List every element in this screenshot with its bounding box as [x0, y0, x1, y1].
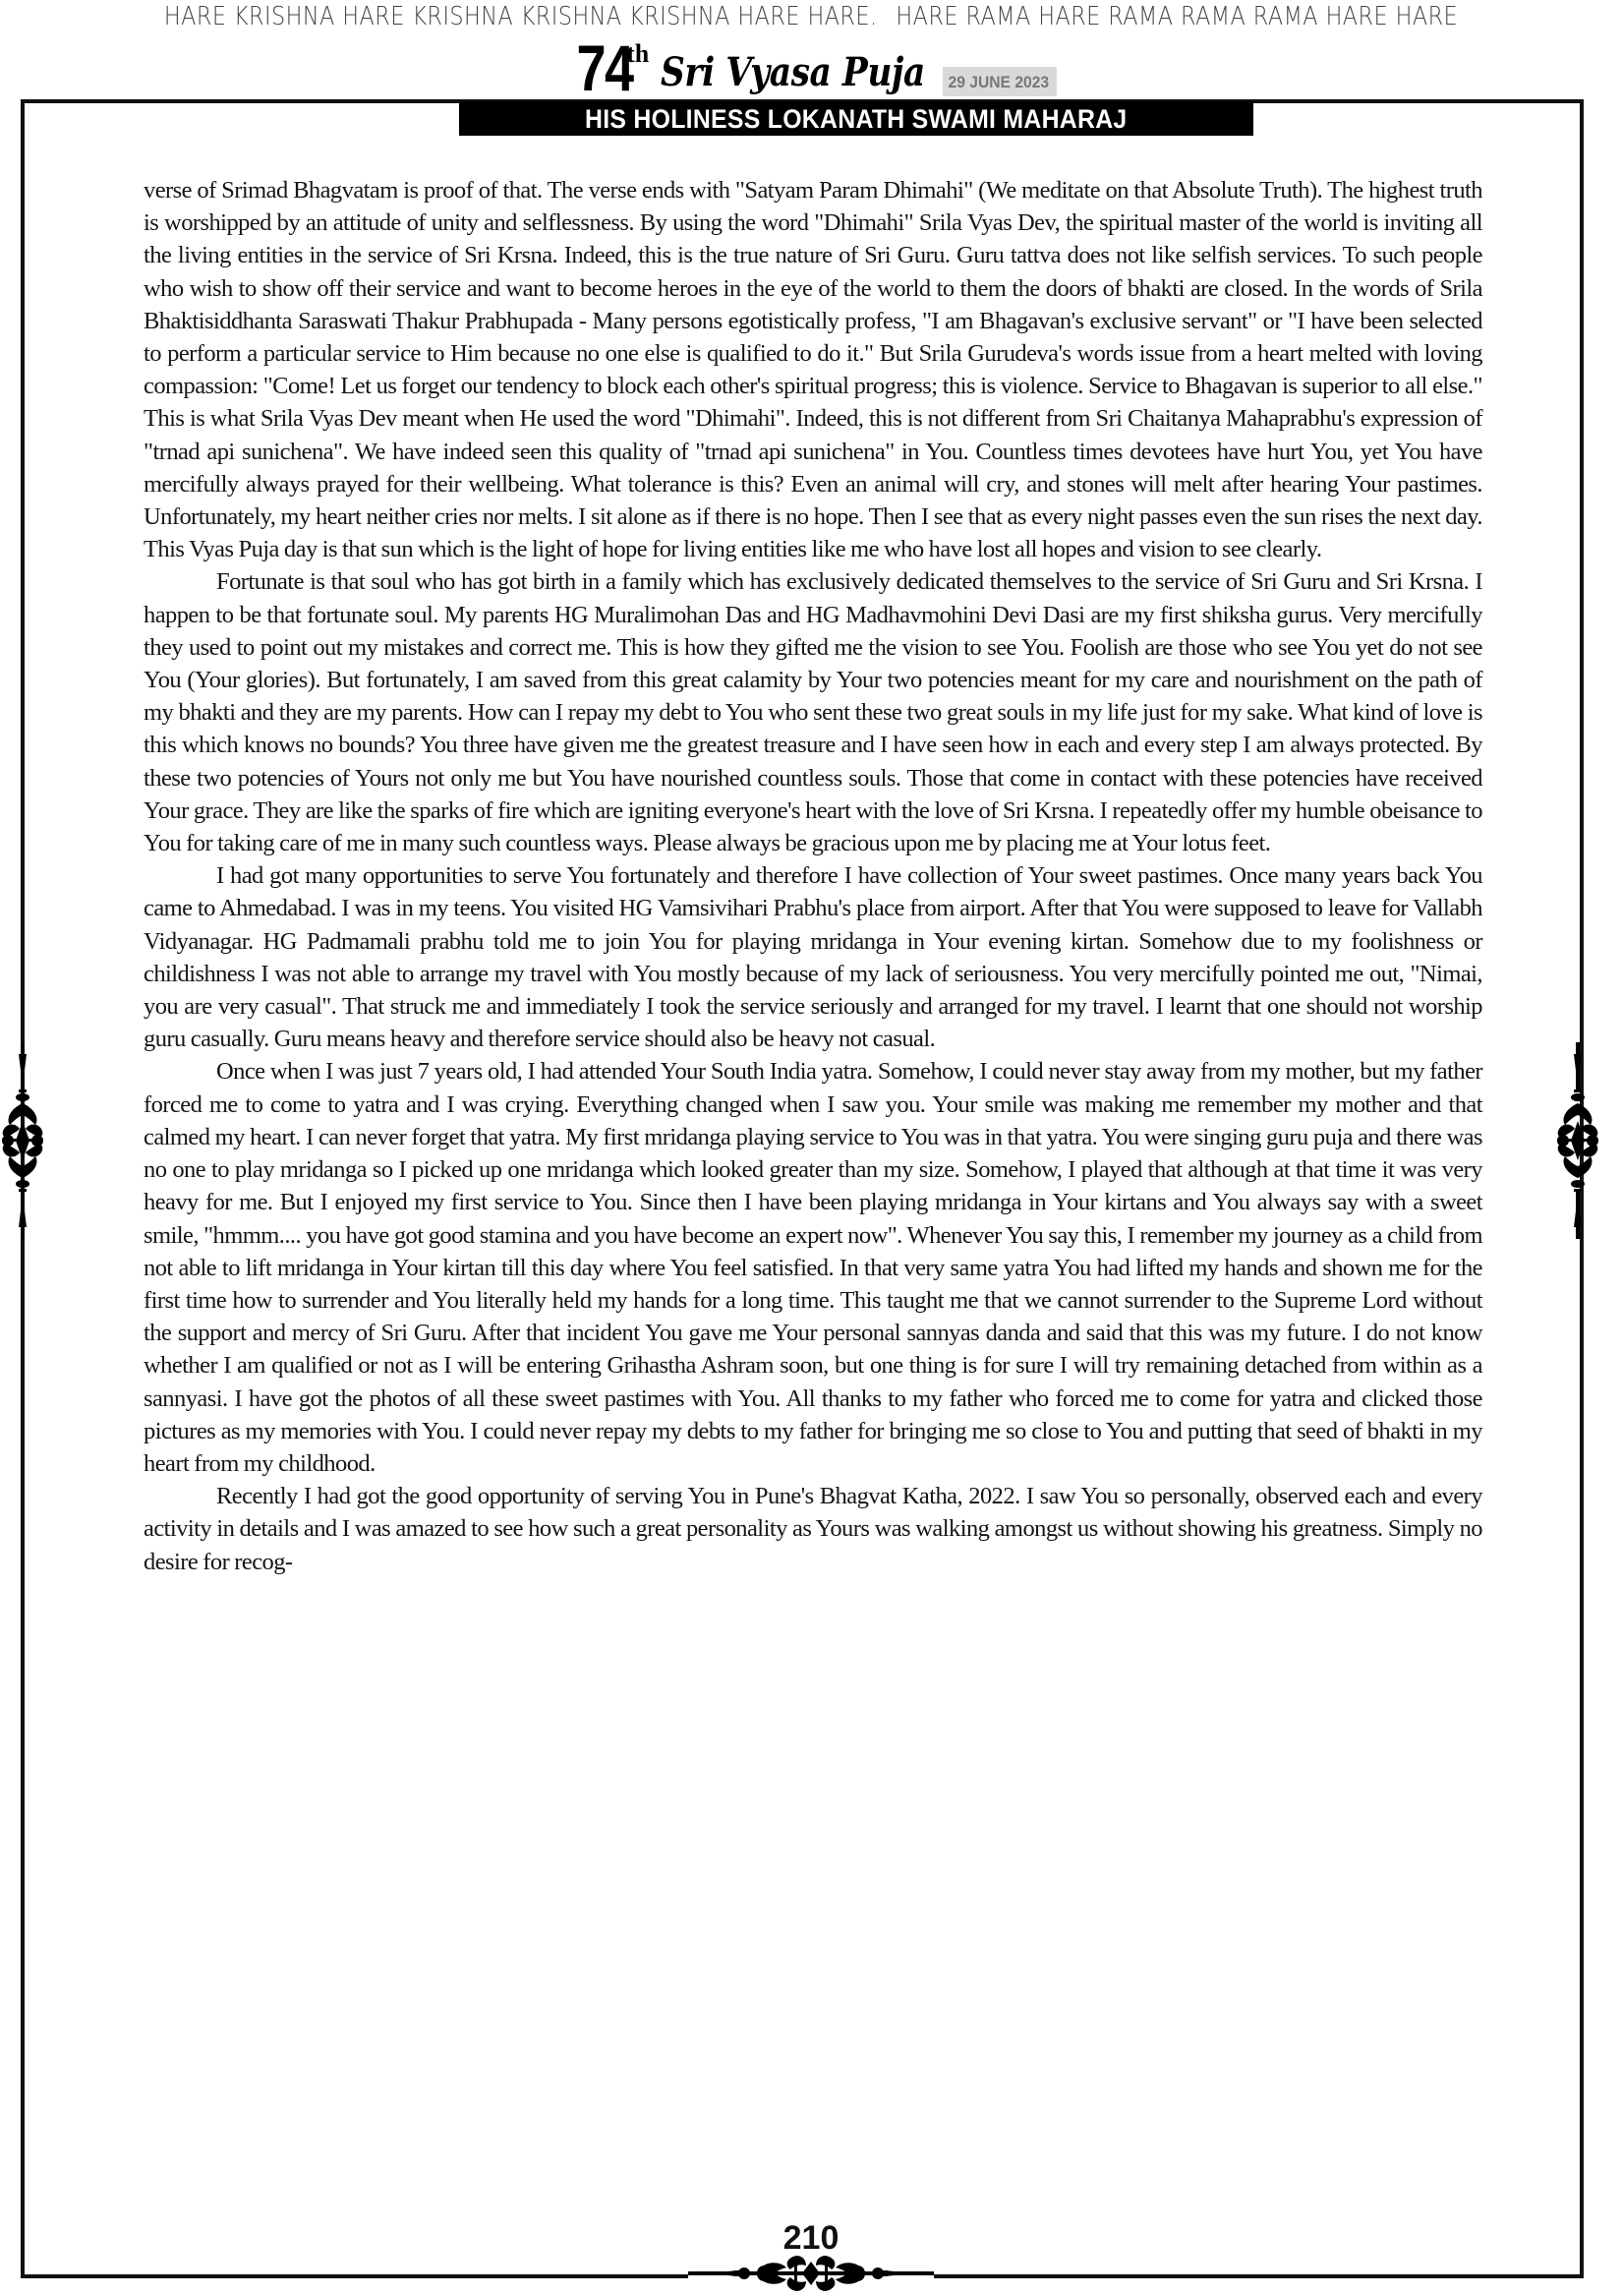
- paragraph: Recently I had got the good opportunity …: [144, 1480, 1482, 1578]
- paragraph: Fortunate is that soul who has got birth…: [144, 565, 1482, 859]
- title-number: 74: [576, 39, 632, 96]
- name-banner: HIS HOLINESS LOKANATH SWAMI MAHARAJ: [459, 101, 1253, 136]
- title-text: Sri Vyasa Puja: [661, 49, 925, 96]
- article-body: verse of Srimad Bhagvatam is proof of th…: [144, 174, 1482, 1578]
- paragraph: Once when I was just 7 years old, I had …: [144, 1055, 1482, 1480]
- floral-divider-icon: [688, 2252, 934, 2296]
- banner-text: HIS HOLINESS LOKANATH SWAMI MAHARAJ: [585, 101, 1128, 137]
- floral-flourish-icon: [1555, 1042, 1600, 1239]
- page-title: 74 th Sri Vyasa Puja 29 JUNE 2023: [0, 39, 1622, 96]
- event-date: 29 JUNE 2023: [943, 67, 1056, 96]
- floral-flourish-icon: [0, 1042, 45, 1239]
- mantra-header: HARE KRISHNA HARE KRISHNA KRISHNA KRISHN…: [114, 2, 1509, 31]
- paragraph: verse of Srimad Bhagvatam is proof of th…: [144, 174, 1482, 565]
- mantra-right: HARE RAMA HARE RAMA RAMA RAMA HARE HARE: [896, 2, 1458, 31]
- paragraph: I had got many opportunities to serve Yo…: [144, 859, 1482, 1055]
- page-number: 210: [0, 2220, 1622, 2256]
- mantra-left: HARE KRISHNA HARE KRISHNA KRISHNA KRISHN…: [164, 2, 878, 31]
